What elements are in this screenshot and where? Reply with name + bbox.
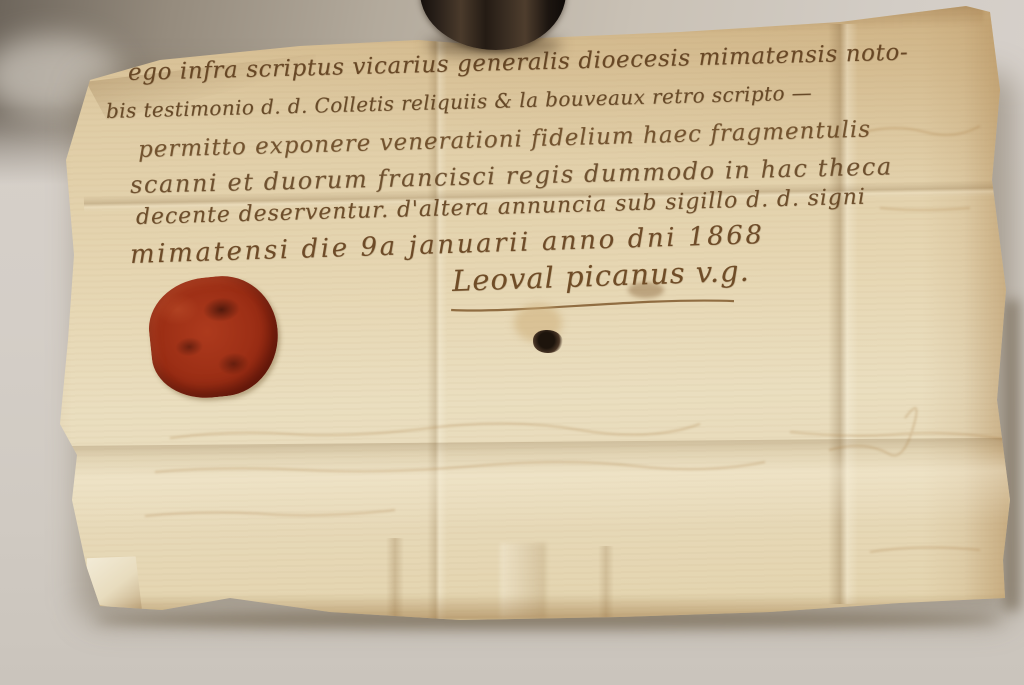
manuscript-paper: ego infra scriptus vicarius generalis di…: [0, 0, 1024, 685]
ink-blot: [533, 330, 563, 353]
signature-stain: [628, 282, 664, 298]
paper-right-shadow: [1004, 300, 1020, 610]
photo-scene: ego infra scriptus vicarius generalis di…: [0, 0, 1024, 685]
